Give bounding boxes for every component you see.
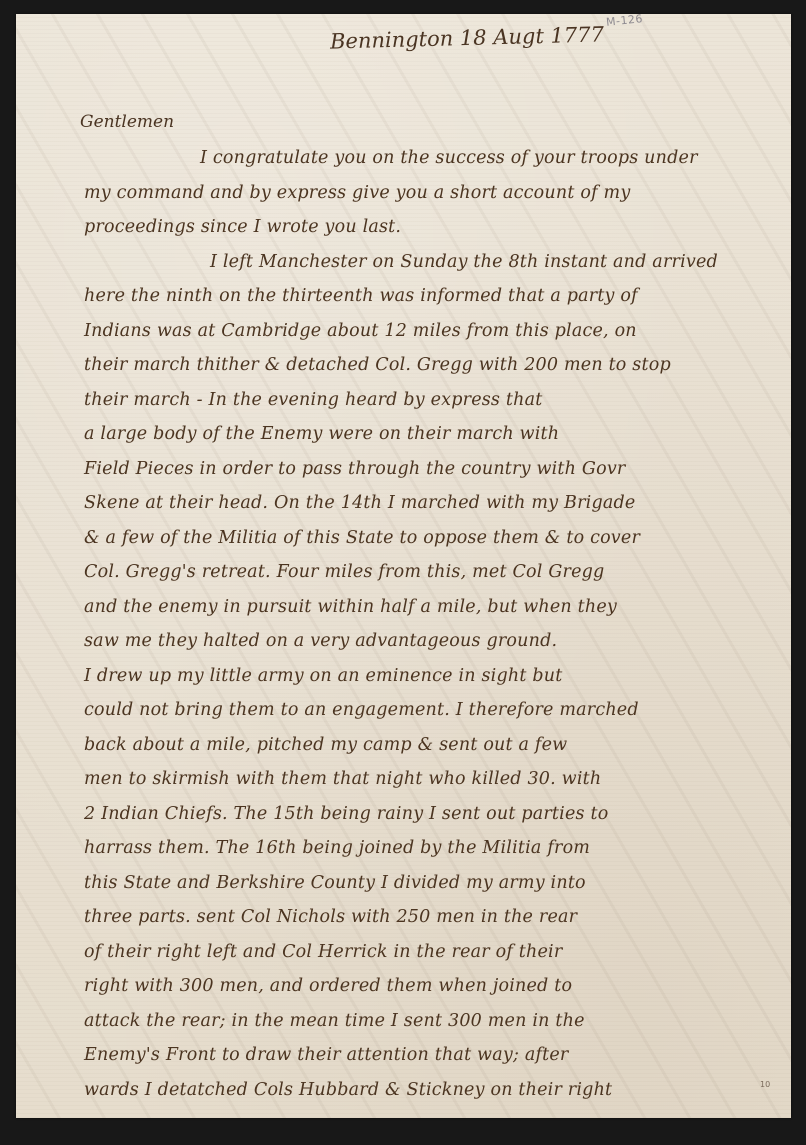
letter-line: I drew up my little army on an eminence … <box>84 666 562 686</box>
letter-line: Indians was at Cambridge about 12 miles … <box>84 321 637 341</box>
letter-line: Col. Gregg's retreat. Four miles from th… <box>84 562 604 582</box>
letter-line: attack the rear; in the mean time I sent… <box>84 1011 585 1031</box>
letter-line: of their right left and Col Herrick in t… <box>84 942 562 962</box>
letter-line: could not bring them to an engagement. I… <box>84 700 639 720</box>
letter-line: their march - In the evening heard by ex… <box>84 390 542 410</box>
letter-line: proceedings since I wrote you last. <box>84 217 401 237</box>
letter-line: this State and Berkshire County I divide… <box>84 873 586 893</box>
letter-line: my command and by express give you a sho… <box>84 183 630 203</box>
letter-line: 2 Indian Chiefs. The 15th being rainy I … <box>84 804 608 824</box>
letter-line: wards I detatched Cols Hubbard & Stickne… <box>84 1080 612 1100</box>
letter-line: three parts. sent Col Nichols with 250 m… <box>84 907 577 927</box>
letter-line: Enemy's Front to draw their attention th… <box>84 1045 568 1065</box>
letter-line: saw me they halted on a very advantageou… <box>84 631 557 651</box>
letter-line: their march thither & detached Col. Greg… <box>84 355 671 375</box>
letter-line: & a few of the Militia of this State to … <box>84 528 640 548</box>
letter-line: harrass them. The 16th being joined by t… <box>84 838 590 858</box>
salutation: Gentlemen <box>80 112 174 132</box>
letter-line: and the enemy in pursuit within half a m… <box>84 597 617 617</box>
letter-line: men to skirmish with them that night who… <box>84 769 601 789</box>
letter-line: Skene at their head. On the 14th I march… <box>84 493 635 513</box>
page-number: 10 <box>760 1080 770 1089</box>
viewer-background: M-126 Bennington 18 Augt 1777 Gentlemen … <box>0 0 806 1145</box>
letter-line: I left Manchester on Sunday the 8th inst… <box>210 252 718 272</box>
letter-line: I congratulate you on the success of you… <box>200 148 698 168</box>
letter-line: right with 300 men, and ordered them whe… <box>84 976 572 996</box>
letter-line: back about a mile, pitched my camp & sen… <box>84 735 567 755</box>
letter-line: a large body of the Enemy were on their … <box>84 424 559 444</box>
letter-line: Field Pieces in order to pass through th… <box>84 459 625 479</box>
letter-line: here the ninth on the thirteenth was inf… <box>84 286 638 306</box>
